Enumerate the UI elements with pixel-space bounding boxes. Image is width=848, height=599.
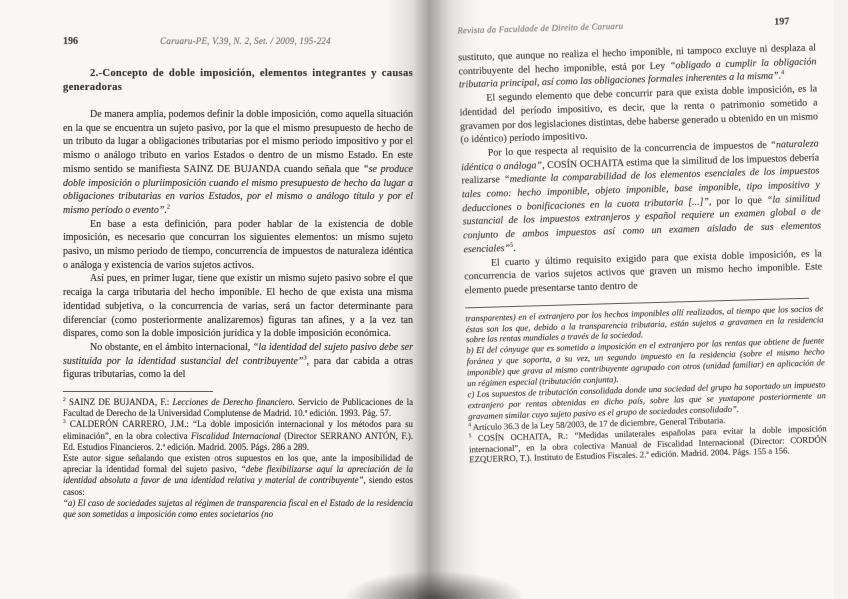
right-running-header-text: Revista da Faculdade de Direito de Carua… (457, 21, 623, 36)
paragraph: Así pues, en primer lugar, tiene que exi… (63, 272, 413, 341)
paragraph: En base a esta definición, para poder ha… (63, 218, 413, 273)
left-footnotes: 2 SAINZ DE BUJANDA, F.: Lecciones de Der… (63, 397, 413, 520)
right-page: Revista da Faculdade de Direito de Carua… (440, 0, 834, 599)
paragraph: El segundo elemento que debe concurrir p… (459, 83, 818, 148)
footnote: 3 CALDERÓN CARRERO, J.M.: “La doble impo… (63, 419, 413, 453)
footnote-rule (63, 391, 213, 392)
left-running-head: 196 Caruaru-PE, V.39, N. 2, Set. / 2009,… (63, 36, 413, 47)
right-page-content: Revista da Faculdade de Direito de Carua… (457, 15, 827, 465)
right-footnotes: transparentes) en el extranjero por los … (465, 303, 827, 466)
left-running-header-text: Caruaru-PE, V.39, N. 2, Set. / 2009, 195… (78, 36, 413, 46)
footnote: Este autor sigue señalando que existen o… (63, 453, 413, 498)
footnote: “a) El caso de sociedades sujetas al rég… (63, 498, 413, 520)
left-page-content: 196 Caruaru-PE, V.39, N. 2, Set. / 2009,… (63, 36, 413, 520)
left-body-text: De manera amplia, podemos definir la dob… (63, 108, 413, 382)
paragraph: De manera amplia, podemos definir la dob… (63, 108, 413, 218)
right-body-text: sustituto, que aunque no realiza el hech… (458, 41, 823, 298)
section-heading: 2.-Concepto de doble imposición, element… (63, 67, 413, 95)
paragraph: No obstante, en el ámbito internacional,… (63, 341, 413, 382)
footnote: 2 SAINZ DE BUJANDA, F.: Lecciones de Der… (63, 397, 413, 419)
paragraph: Por lo que respecta al requisito de la c… (461, 137, 822, 257)
right-page-number: 197 (774, 16, 789, 27)
left-page-number: 196 (63, 36, 78, 47)
book-spread: 196 Caruaru-PE, V.39, N. 2, Set. / 2009,… (0, 0, 848, 599)
right-page-tilt-wrapper: Revista da Faculdade de Direito de Carua… (433, 15, 839, 466)
right-running-head: Revista da Faculdade de Direito de Carua… (457, 15, 815, 36)
left-page: 196 Caruaru-PE, V.39, N. 2, Set. / 2009,… (0, 0, 418, 599)
paragraph: El cuarto y último requisito exigido par… (464, 247, 823, 298)
